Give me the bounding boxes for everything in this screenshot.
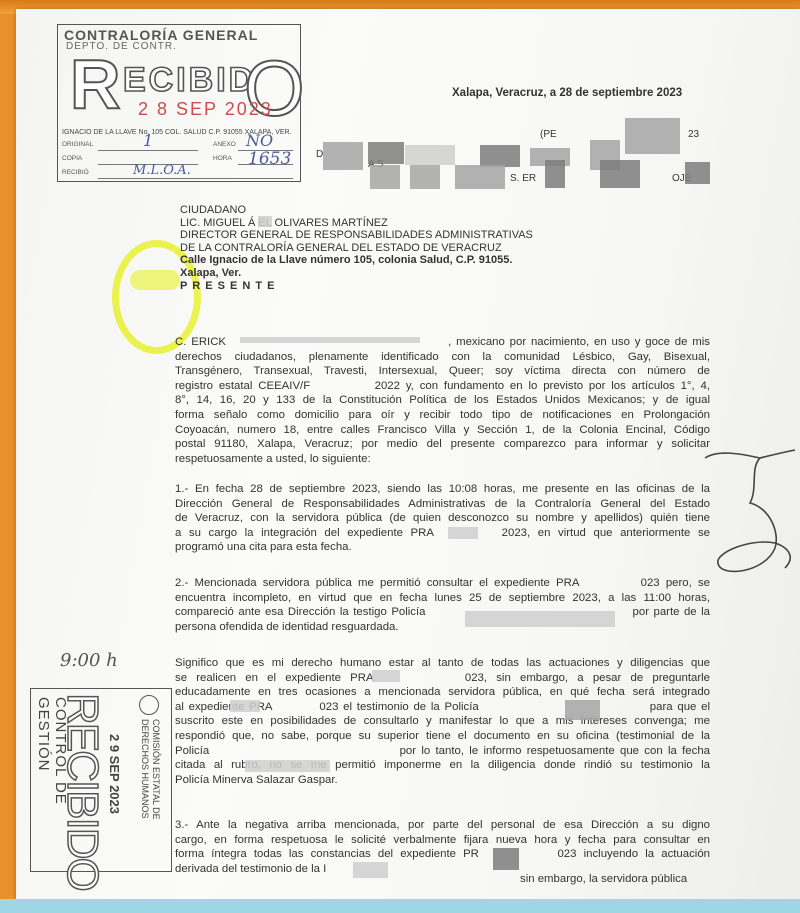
text-line: 8°, 14, 16, 20 y 133 de la Constitución … <box>175 393 710 408</box>
point-1-paragraph: 1.- En fecha 28 de septiembre 2023, sien… <box>175 482 710 555</box>
point-3-paragraph: 3.- Ante la negativa arriba mencionada, … <box>175 818 710 876</box>
stamp-hora-label: HORA <box>213 155 232 162</box>
redaction <box>230 700 260 712</box>
redaction <box>410 165 440 189</box>
redaction <box>240 337 420 343</box>
addressee-name: LIC. MIGUEL Á EL OLIVARES MARTÍNEZ <box>180 217 533 230</box>
text-line: 3.- Ante la negativa arriba mencionada, … <box>175 818 710 833</box>
text-line: Dirección General de Responsabilidades A… <box>175 497 710 512</box>
stamp-line <box>98 150 198 151</box>
text-line: encuentra incompleto, en virtud que en f… <box>175 591 710 606</box>
redaction <box>245 760 330 772</box>
text-line: de Veracruz, con la servidora pública (d… <box>175 511 710 526</box>
text-line: 1.- En fecha 28 de septiembre 2023, sien… <box>175 482 710 497</box>
redaction <box>368 142 404 164</box>
stamp-recibio-signature: M.L.O.A. <box>133 163 191 178</box>
addressee-line: CIUDADANO <box>180 204 533 217</box>
redaction <box>480 145 520 167</box>
text-line: se realicen en el expediente PRA 023, si… <box>175 671 710 686</box>
stamp-copia-label: COPIA <box>62 155 82 162</box>
redaction <box>685 162 710 184</box>
redaction <box>565 700 600 720</box>
addressee-block: CIUDADANO LIC. MIGUEL Á EL OLIVARES MART… <box>180 204 533 292</box>
received-stamp-cedh: CONTROL DE GESTIÓN RECIBIDO 2 9 SEP 2023… <box>30 688 172 872</box>
photo-background-bottom <box>0 899 800 913</box>
stamp-received-word: ECIBID <box>123 61 256 100</box>
text-line: cargo, en forma respetuosa le solicité v… <box>175 833 710 848</box>
stamp-big-letter-r: R <box>70 49 121 119</box>
stamp-hora-value: 1653 <box>248 149 291 169</box>
text-line: persona ofendida de identidad resguardad… <box>175 620 710 635</box>
text-line: Transgénero, Transexual, Travesti, Inter… <box>175 364 710 379</box>
redaction <box>493 848 519 870</box>
stamp-anexo-label: ANEXO <box>213 141 236 148</box>
text-line: compareció ante esa Dirección la testigo… <box>175 605 710 620</box>
point-2-paragraph: 2.- Mencionada servidora pública me perm… <box>175 576 710 634</box>
redaction <box>545 160 565 188</box>
stamp-received-word: RECIBIDO <box>57 693 107 890</box>
ref-fragment: S. ER <box>510 172 536 187</box>
redaction <box>465 611 615 627</box>
text-line: forma señalo como domicilio para oír y r… <box>175 408 710 423</box>
redaction <box>625 118 680 154</box>
text-line: 2.- Mencionada servidora pública me perm… <box>175 576 710 591</box>
addressee-title: DIRECTOR GENERAL DE RESPONSABILIDADES AD… <box>180 229 533 242</box>
highlighter-mark <box>130 270 180 290</box>
text-line: Significo que es mi derecho humano estar… <box>175 656 710 671</box>
addressee-presente: P R E S E N T E <box>180 280 533 293</box>
text-line: respetuosamente a usted, lo siguiente: <box>175 452 710 467</box>
redaction <box>455 165 505 189</box>
redaction <box>258 216 272 227</box>
text-line: derechos ciudadanos, plenamente identifi… <box>175 350 710 365</box>
text-line: sin embargo, la servidora pública <box>520 872 687 887</box>
handwritten-signature <box>700 448 800 588</box>
text-line: registro estatal CEEAIV/F 2022 y, con fu… <box>175 379 710 394</box>
stamp-date: 2 8 SEP 2023 <box>138 99 273 120</box>
text-line: educadamente en tres ocasiones a mencion… <box>175 685 710 700</box>
emblem-icon <box>139 695 159 715</box>
ref-fragment: 23 <box>688 128 699 143</box>
redaction <box>405 145 455 165</box>
received-stamp-contraloria: CONTRALORÍA GENERAL DEPTO. DE CONTR. R E… <box>57 24 301 182</box>
text-line: forma íntegra todas las constancias del … <box>175 847 710 862</box>
stamp-original-value: 1 <box>143 131 153 150</box>
text-line: Coyoacán, numero 18, entre calles Franci… <box>175 423 710 438</box>
addressee-address: Calle Ignacio de la Llave número 105, co… <box>180 254 533 267</box>
text-line: a su cargo la integración del expediente… <box>175 526 710 541</box>
place-and-date: Xalapa, Veracruz, a 28 de septiembre 202… <box>452 86 682 101</box>
text-line: programó una cita para esta fecha. <box>175 540 710 555</box>
text-line: suscrito este en posibilidades de consul… <box>175 714 710 729</box>
redaction <box>323 142 363 170</box>
stamp-recibio-label: RECIBIÓ <box>62 169 89 176</box>
handwritten-time-note: 9:00 h <box>60 650 118 671</box>
redaction <box>600 160 640 188</box>
stamp-original-label: ORIGINAL <box>62 141 93 148</box>
stamp-date: 2 9 SEP 2023 <box>107 734 122 814</box>
stamp-org: COMISIÓN ESTATAL DE DERECHOS HUMANOS <box>135 719 161 871</box>
text-line: Policía por lo tanto, le informo respetu… <box>175 744 710 759</box>
text-line: postal 91180, Xalapa, Veracruz; por medi… <box>175 437 710 452</box>
stamp-line <box>98 178 293 179</box>
addressee-city: Xalapa, Ver. <box>180 267 533 280</box>
addressee-org: DE LA CONTRALORÍA GENERAL DEL ESTADO DE … <box>180 242 533 255</box>
text-line: respondió que, no sabe, porque su superi… <box>175 729 710 744</box>
text-line: Policía Minerva Salazar Gaspar. <box>175 773 710 788</box>
redaction <box>448 527 478 539</box>
ref-fragment: (PE <box>540 128 557 143</box>
stamp-anexo-value: NO <box>246 131 273 150</box>
intro-paragraph: C. ERICK , mexicano por nacimiento, en u… <box>175 335 710 466</box>
redaction <box>372 670 400 682</box>
redaction <box>370 165 400 189</box>
redaction <box>353 862 388 878</box>
